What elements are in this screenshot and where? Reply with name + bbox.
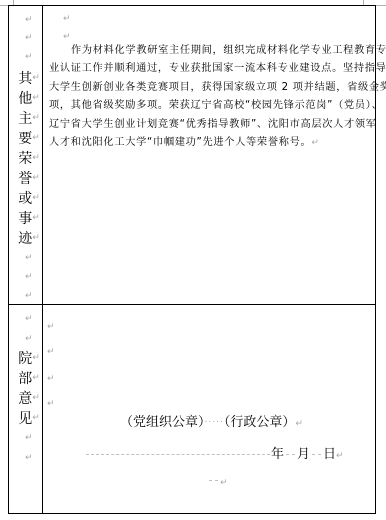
paragraph-mark-icon: ↵ — [295, 419, 303, 429]
paragraph-mark-icon: ↵ — [47, 323, 55, 332]
paragraph-mark-icon: ↵ — [220, 478, 228, 488]
label-char: 荣↵ — [9, 150, 43, 168]
paragraph-mark-icon: ↵ — [47, 375, 55, 384]
label-char: 院↵ — [9, 350, 43, 368]
dotted-leader — [312, 454, 321, 455]
paragraph-mark-icon: ↵ — [25, 335, 33, 344]
admin-seal-label: （行政公章） — [224, 415, 296, 430]
paragraph-mark-icon: ↵ — [63, 33, 71, 42]
label-char: 要↵ — [9, 130, 43, 148]
date-line: 年月日↵ — [86, 443, 344, 462]
dotted-leader: ····· — [205, 418, 224, 428]
label-char: 见↵ — [9, 410, 43, 428]
form-table: ↵ ↵ ↵ 其↵ 他↵ 主↵ 要↵ 荣↵ 誉↵ 或↵ 事↵ 迹↵ ↵ ↵ ↵ ↵… — [8, 5, 376, 514]
paragraph-mark-icon: ↵ — [63, 15, 71, 24]
paragraph-mark-icon: ↵ — [47, 400, 55, 409]
trailing-empty-line: ↵ — [207, 470, 228, 489]
paragraph-mark-icon: ↵ — [25, 315, 33, 324]
label-char: 誉↵ — [9, 170, 43, 188]
date-month-label: 月 — [297, 447, 310, 462]
honors-content-cell[interactable]: ↵ ↵ 作为材料化学教研室主任期间，组织完成材料化学专业工程教育专 业认证工作并… — [43, 6, 375, 304]
paragraph-mark-icon: ↵ — [25, 53, 33, 62]
label-char: 迹↵ — [9, 230, 43, 248]
label-char: 意↵ — [9, 390, 43, 408]
label-char: 或↵ — [9, 190, 43, 208]
paragraph-mark-icon: ↵ — [25, 292, 33, 301]
paragraph-mark-icon: ↵ — [336, 451, 344, 461]
label-char: 部↵ — [9, 370, 43, 388]
paragraph-mark-icon: ↵ — [25, 454, 33, 463]
opinion-row: ↵ ↵ 院↵ 部↵ 意↵ 见↵ ↵ ↵ ↵ ↵ ↵ ↵ — [9, 305, 375, 513]
paragraph-mark-icon: ↵ — [25, 16, 33, 25]
opinion-label-cell: ↵ ↵ 院↵ 部↵ 意↵ 见↵ ↵ ↵ — [9, 305, 43, 513]
seal-line: （党组织公章）·····（行政公章）↵ — [120, 411, 303, 430]
honors-label-cell: ↵ ↵ ↵ 其↵ 他↵ 主↵ 要↵ 荣↵ 誉↵ 或↵ 事↵ 迹↵ ↵ ↵ ↵ — [9, 6, 43, 304]
honors-paragraph: 作为材料化学教研室主任期间，组织完成材料化学专业工程教育专 业认证工作并顺利通过… — [49, 42, 371, 152]
label-char: 主↵ — [9, 110, 43, 128]
date-year-label: 年 — [271, 447, 284, 462]
date-day-label: 日 — [323, 447, 336, 462]
paragraph-mark-icon: ↵ — [25, 34, 33, 43]
dotted-leader — [86, 454, 270, 455]
party-seal-label: （党组织公章） — [120, 415, 205, 430]
paragraph-mark-icon: ↵ — [25, 434, 33, 443]
label-char: 他↵ — [9, 90, 43, 108]
paragraph-mark-icon: ↵ — [25, 273, 33, 282]
dotted-leader — [286, 454, 295, 455]
honors-row: ↵ ↵ ↵ 其↵ 他↵ 主↵ 要↵ 荣↵ 誉↵ 或↵ 事↵ 迹↵ ↵ ↵ ↵ ↵… — [9, 6, 375, 305]
dotted-leader — [209, 480, 218, 481]
paragraph-mark-icon: ↵ — [25, 254, 33, 263]
label-char: 事↵ — [9, 210, 43, 228]
label-char: 其↵ — [9, 70, 43, 88]
paragraph-mark-icon: ↵ — [47, 348, 55, 357]
